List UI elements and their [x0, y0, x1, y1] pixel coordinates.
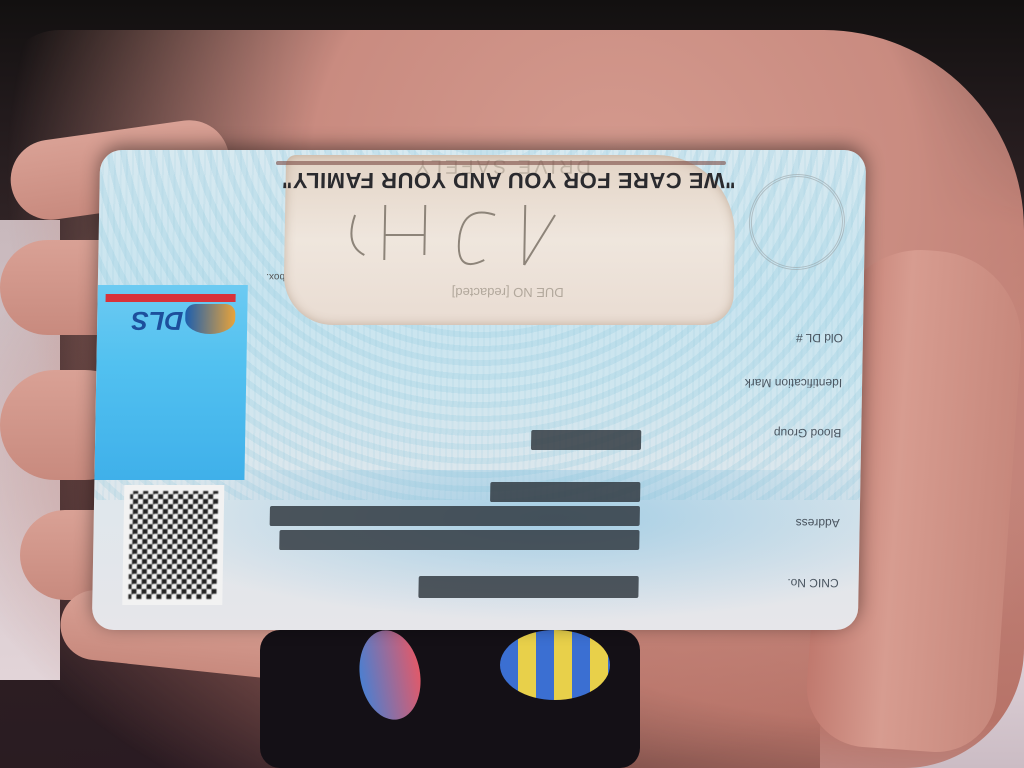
address-value-masked: [270, 506, 640, 526]
qr-code-icon: [128, 491, 218, 599]
address-value-masked: [490, 482, 640, 502]
card-motto: "WE CARE FOR YOU AND YOUR FAMILY": [281, 167, 736, 193]
dls-logo: DLS: [115, 300, 236, 340]
blood-group-value-masked: [531, 430, 641, 450]
cnic-label: CNIC No.: [787, 576, 839, 590]
qr-code: [122, 485, 224, 605]
blood-group-label: Blood Group: [774, 426, 842, 440]
fabric-pattern: [500, 630, 610, 700]
dls-tagline: [106, 294, 236, 302]
old-dl-label: Old DL #: [796, 331, 843, 345]
cnic-value-masked: [418, 576, 638, 598]
sticker-edge: [276, 161, 726, 165]
dls-logo-text: DLS: [131, 305, 184, 336]
identification-mark-label: Identification Mark: [745, 376, 843, 390]
address-label: Address: [796, 516, 840, 530]
handwriting-scribble: [334, 195, 565, 275]
dls-swoosh-icon: [185, 304, 236, 334]
sticker-top-text: DUE NO [redacted]: [452, 285, 564, 300]
address-value-masked: [279, 530, 639, 550]
driving-licence-card: DLS CNIC No. Address Blood Group Identif…: [92, 150, 866, 630]
